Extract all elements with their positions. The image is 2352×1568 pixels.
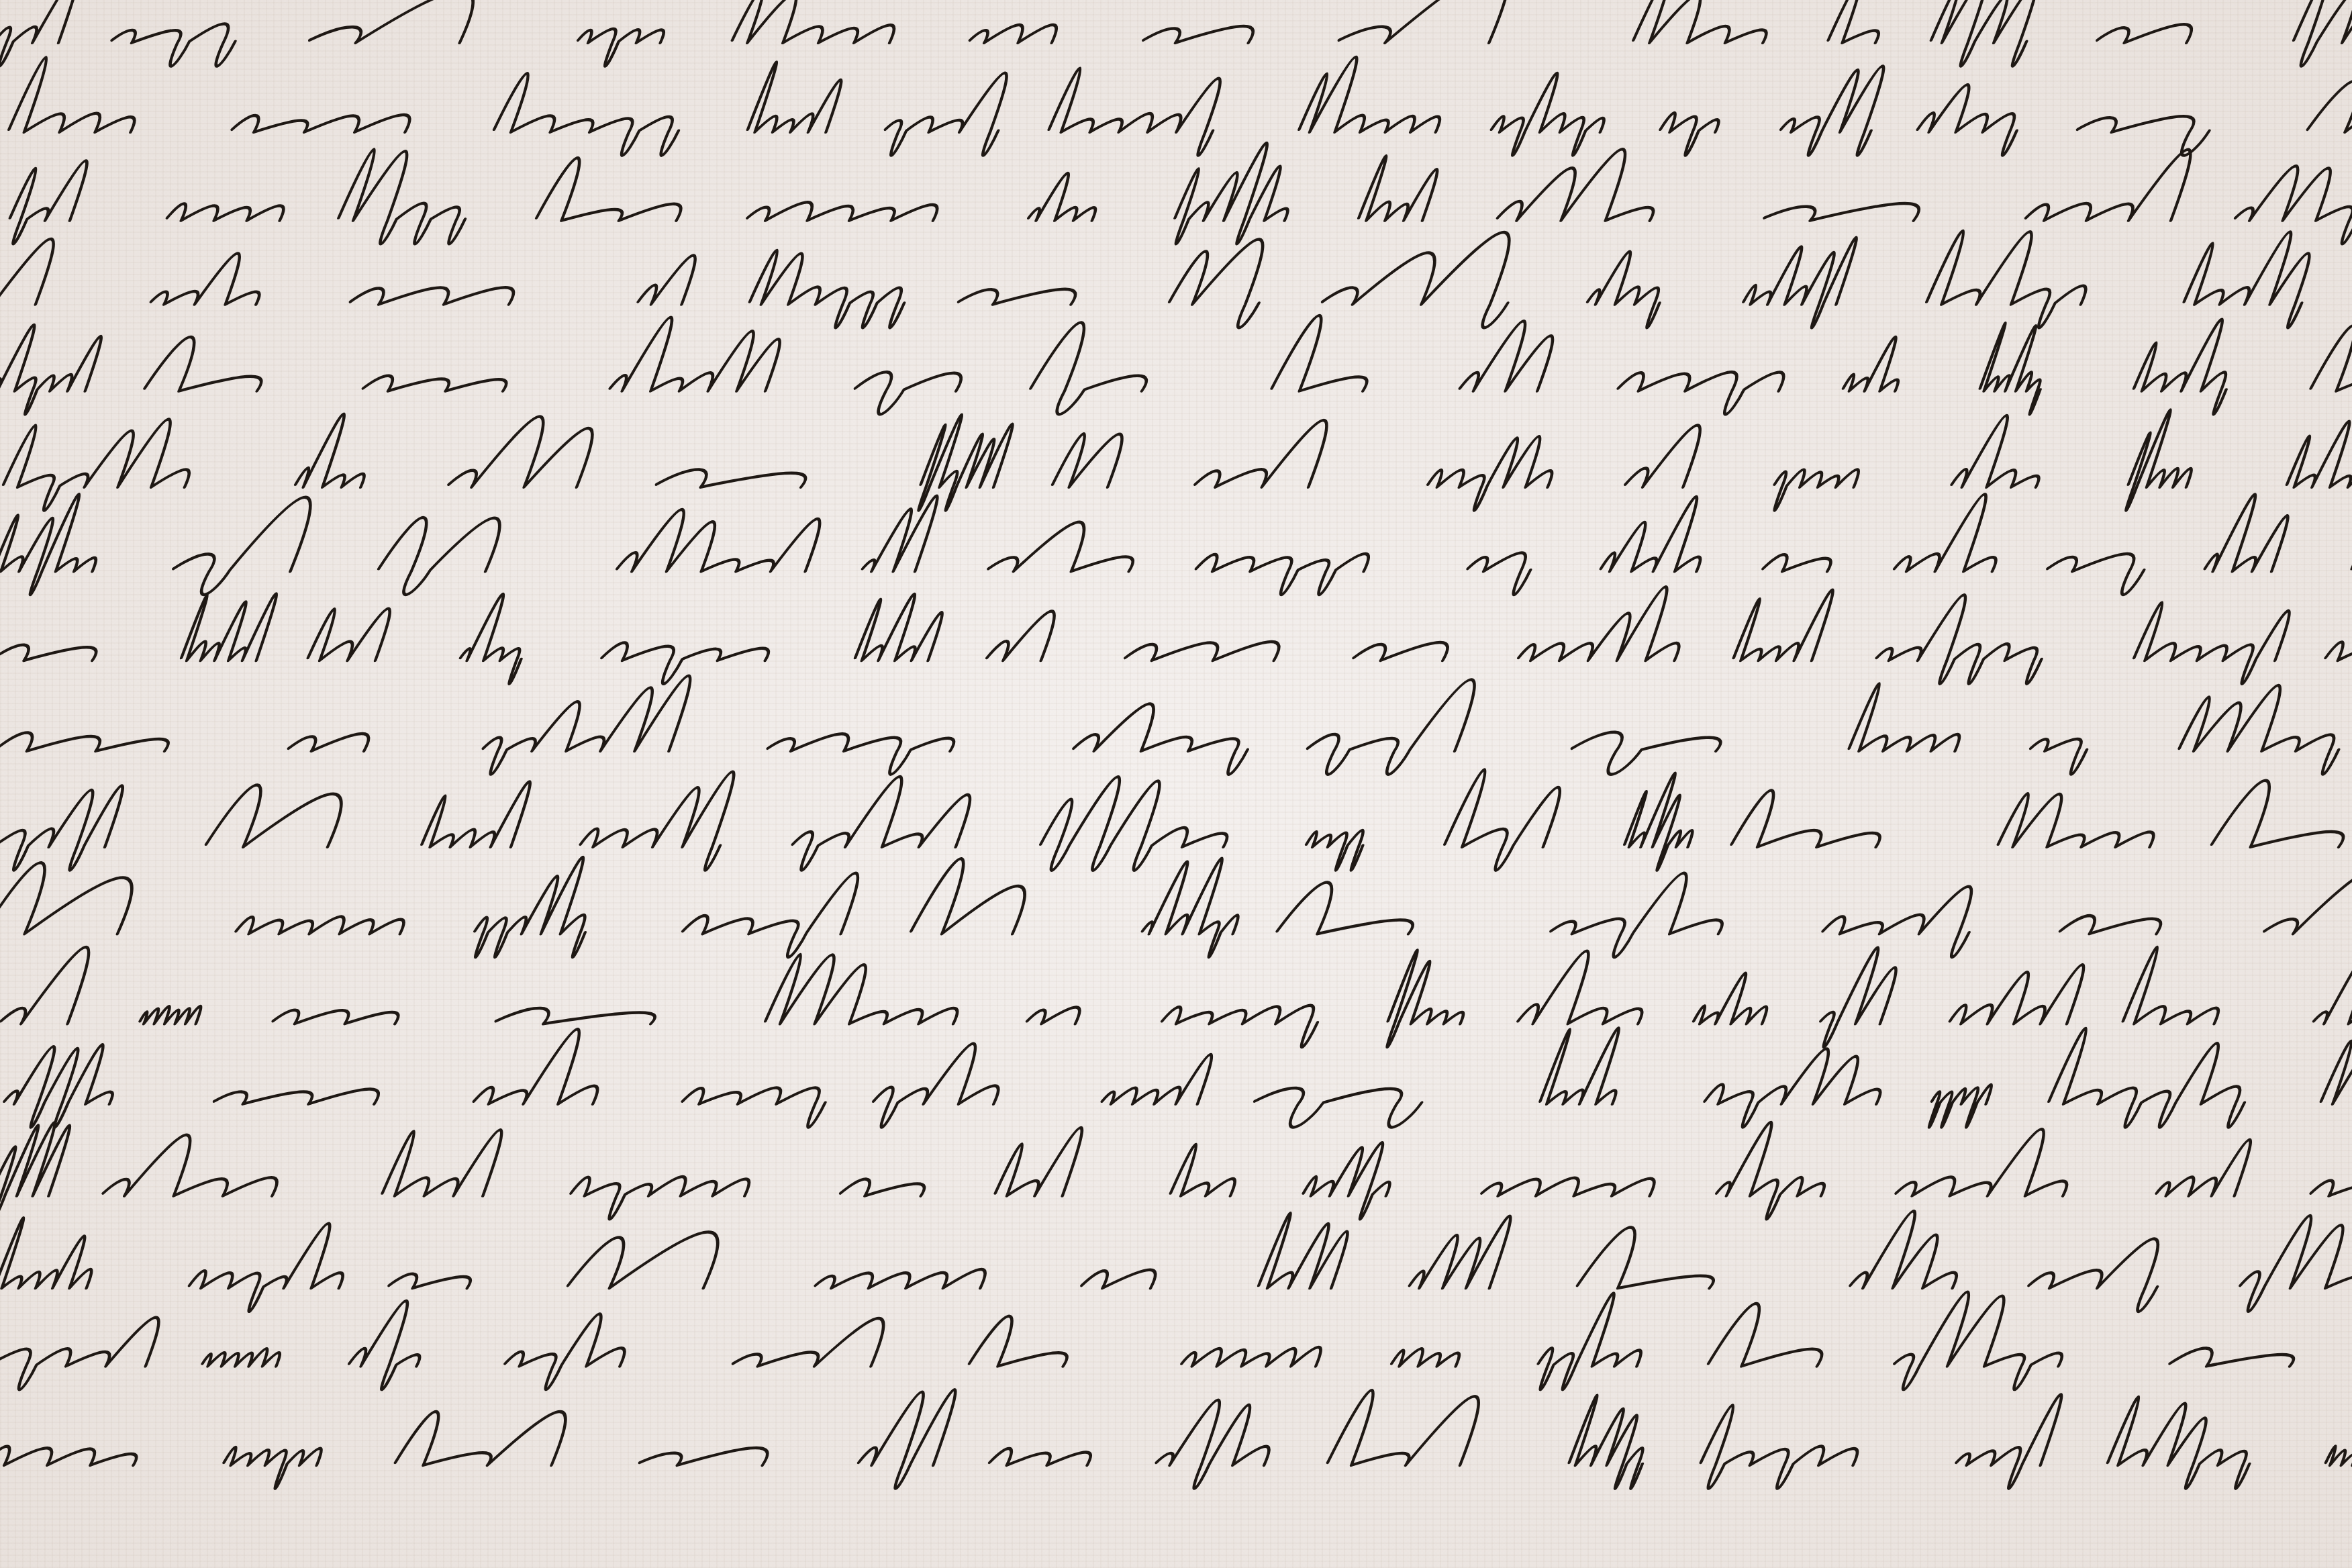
handwritten-word — [213, 1089, 381, 1104]
handwritten-word — [877, 73, 1017, 156]
handwritten-word — [1358, 156, 1444, 220]
handwritten-word — [1026, 1007, 1081, 1024]
handwritten-word — [1101, 1055, 1214, 1104]
handwritten-word — [1561, 1395, 1665, 1489]
handwritten-word — [2169, 1348, 2297, 1366]
handwritten-word — [2307, 77, 2352, 132]
handwritten-word — [231, 115, 411, 132]
handwritten-word — [2020, 1239, 2173, 1312]
handwritten-word — [215, 1447, 323, 1489]
handwritten-word — [1542, 873, 1739, 957]
handwritten-word — [1951, 415, 2059, 487]
handwritten-word — [850, 1389, 959, 1488]
handwritten-word — [486, 73, 697, 155]
handwritten-word — [1483, 73, 1620, 155]
handwritten-word — [865, 1044, 1014, 1128]
handwritten-word — [616, 509, 826, 571]
handwritten-word — [1924, 1085, 1993, 1127]
handwritten-word — [572, 772, 744, 871]
handwritten-word — [639, 1448, 770, 1465]
handwritten-word — [995, 1128, 1085, 1196]
handwritten-word — [656, 469, 809, 487]
handwritten-word — [910, 859, 1038, 934]
handwritten-word — [1, 161, 89, 244]
handwritten-word — [846, 372, 963, 414]
handwritten-word — [2286, 0, 2352, 66]
handwritten-word — [765, 954, 977, 1024]
handwritten-word — [1148, 1400, 1286, 1489]
handwritten-word — [1763, 203, 1921, 221]
handwritten-word — [1353, 642, 1450, 660]
handwritten-word — [103, 23, 241, 66]
handwritten-word — [1766, 470, 1860, 511]
handwritten-word — [1693, 973, 1779, 1024]
handwritten-word — [1762, 554, 1834, 571]
handwritten-word — [2312, 1036, 2352, 1127]
handwritten-word — [1436, 770, 1569, 871]
handwritten-word — [989, 1449, 1093, 1465]
handwritten-word — [381, 1130, 505, 1195]
handwritten-word — [165, 497, 316, 595]
handwritten-word — [350, 287, 516, 304]
handwritten-word — [307, 609, 393, 660]
handwritten-word — [1812, 948, 1906, 1047]
handwritten-word — [675, 873, 862, 957]
handwritten-word — [1895, 1129, 2085, 1195]
handwritten-word — [341, 1301, 438, 1389]
handwritten-word — [139, 1006, 201, 1024]
handwritten-word — [2069, 116, 2214, 155]
handwritten-word — [759, 734, 957, 774]
handwritten-word — [2204, 495, 2297, 572]
handwritten-word — [1300, 679, 1479, 774]
handwritten-word — [1052, 434, 1126, 487]
handwritten-word — [2171, 685, 2352, 775]
cursive-handwriting — [0, 0, 2352, 1568]
handwritten-word — [2122, 947, 2240, 1024]
handwritten-word — [181, 1224, 360, 1312]
handwritten-word — [2096, 24, 2194, 43]
handwritten-word — [0, 325, 107, 414]
handwritten-word — [1295, 1142, 1404, 1219]
handwritten-word — [1327, 1390, 1485, 1465]
handwritten-word — [1298, 830, 1368, 871]
handwritten-word — [1391, 1349, 1462, 1366]
handwritten-word — [1948, 1394, 2064, 1488]
handwritten-word — [235, 916, 406, 934]
handwritten-word — [637, 255, 698, 304]
handwritten-word — [1563, 732, 1724, 775]
handwritten-word — [0, 732, 172, 750]
handwritten-word — [0, 645, 99, 660]
handwritten-word — [0, 494, 118, 595]
handwritten-word — [1971, 323, 2061, 414]
handwritten-word — [0, 420, 207, 511]
handwritten-word — [452, 594, 542, 684]
handwritten-word — [732, 0, 908, 43]
handwritten-word — [1161, 239, 1280, 328]
handwritten-word — [1194, 420, 1331, 487]
handwritten-word — [1949, 965, 2087, 1024]
handwritten-word — [536, 158, 698, 220]
handwritten-word — [1579, 252, 1677, 328]
handwritten-word — [1773, 66, 1892, 155]
handwritten-word — [0, 863, 142, 934]
handwritten-word — [2022, 739, 2090, 775]
handwritten-word — [2313, 948, 2352, 1024]
handwritten-word — [609, 317, 790, 391]
handwritten-word — [1022, 322, 1166, 414]
handwritten-word — [1616, 773, 1712, 871]
handwritten-word — [2310, 326, 2352, 391]
handwritten-word — [732, 1318, 888, 1366]
handwritten-word — [1379, 950, 1484, 1047]
handwritten-word — [205, 785, 350, 846]
handwritten-word — [1577, 1227, 1731, 1288]
handwritten-word — [1420, 436, 1565, 510]
handwritten-word — [1188, 554, 1371, 595]
handwritten-word — [395, 1412, 571, 1465]
handwritten-word — [674, 1087, 830, 1127]
handwritten-word — [2041, 1028, 2269, 1127]
handwritten-word — [1530, 1293, 1661, 1389]
handwritten-word — [102, 1135, 293, 1196]
handwritten-word — [2317, 642, 2352, 683]
handwritten-word — [330, 149, 488, 244]
handwritten-word — [746, 202, 940, 220]
handwritten-word — [2325, 1447, 2352, 1465]
handwritten-word — [1040, 68, 1233, 156]
handwritten-word — [593, 642, 772, 683]
handwritten-word — [1459, 321, 1561, 391]
handwritten-word — [1032, 777, 1247, 870]
handwritten-word — [862, 496, 940, 572]
handwritten-word — [567, 1232, 724, 1288]
handwritten-word — [295, 414, 385, 487]
handwritten-word — [969, 25, 1059, 43]
handwritten-word — [1849, 683, 1977, 750]
handwritten-word — [1849, 1211, 1978, 1288]
handwritten-word — [2263, 872, 2352, 934]
handwritten-word — [987, 522, 1146, 571]
handwritten-word — [0, 947, 93, 1024]
handwritten-word — [1814, 887, 1984, 957]
handwritten-word — [467, 857, 609, 957]
handwritten-word — [1735, 238, 1859, 328]
handwritten-word — [1298, 57, 1461, 132]
handwritten-word — [1918, 231, 2106, 328]
handwritten-word — [2100, 1397, 2271, 1489]
handwritten-word — [1124, 642, 1281, 660]
handwritten-word — [421, 781, 532, 846]
handwritten-word — [1886, 1292, 2084, 1389]
handwritten-word — [1909, 85, 2031, 155]
handwritten-word — [388, 1274, 473, 1288]
handwritten-word — [1142, 26, 1255, 43]
handwritten-word — [288, 734, 371, 751]
handwritten-word — [1539, 1028, 1637, 1104]
handwritten-word — [1998, 793, 2168, 846]
handwritten-word — [1708, 1122, 1846, 1219]
handwritten-word — [854, 594, 950, 660]
handwritten-word — [2126, 320, 2249, 415]
handwritten-word — [2211, 781, 2352, 847]
handwritten-word — [0, 1318, 162, 1389]
handwritten-word — [201, 1349, 282, 1366]
handwritten-word — [1170, 1144, 1248, 1196]
handwritten-word — [2310, 1138, 2352, 1195]
handwritten-word — [1314, 232, 1531, 328]
handwritten-word — [371, 518, 505, 595]
handwritten-word — [2120, 410, 2212, 511]
handwritten-word — [166, 203, 286, 220]
handwritten-word — [0, 1218, 109, 1288]
handwritten-word — [497, 1314, 638, 1390]
handwritten-word — [1258, 1213, 1356, 1288]
handwritten-word — [1696, 1049, 1895, 1128]
handwritten-word — [475, 676, 694, 775]
handwritten-word — [2286, 422, 2352, 487]
handwritten-word — [1134, 859, 1257, 957]
handwritten-word — [1459, 552, 1536, 594]
handwritten-word — [309, 0, 479, 43]
handwritten-word — [840, 1179, 928, 1196]
handwritten-word — [1271, 315, 1388, 391]
handwritten-word — [1632, 0, 1787, 43]
handwritten-word — [1868, 595, 2062, 683]
handwritten-word — [958, 289, 1077, 305]
handwritten-word — [1733, 590, 1835, 660]
handwritten-word — [784, 777, 979, 870]
handwritten-word — [1827, 0, 1896, 43]
handwritten-word — [1338, 0, 1516, 43]
handwritten-word — [1409, 1216, 1514, 1288]
handwritten-word — [562, 1177, 752, 1219]
handwritten-word — [1600, 497, 1722, 571]
handwritten-word — [2232, 1216, 2352, 1312]
handwritten-word — [1624, 426, 1704, 487]
handwritten-word — [0, 239, 58, 305]
handwritten-word — [181, 593, 279, 660]
handwritten-word — [741, 250, 921, 328]
handwritten-word — [1081, 1270, 1157, 1288]
handwritten-word — [2039, 554, 2149, 595]
handwritten-word — [2059, 916, 2164, 934]
handwritten-word — [1497, 149, 1674, 220]
handwritten-word — [1518, 587, 1699, 660]
handwritten-word — [1181, 1347, 1322, 1366]
handwritten-word — [1610, 372, 1785, 414]
handwritten-word — [1692, 1405, 1873, 1488]
handwritten-word — [495, 1008, 658, 1024]
handwritten-word — [1843, 337, 1913, 391]
handwritten-word — [150, 253, 273, 304]
handwritten-word — [448, 416, 601, 487]
handwritten-word — [1154, 1006, 1323, 1047]
handwritten-word — [1167, 143, 1310, 244]
handwritten-word — [1276, 883, 1426, 934]
handwritten-word — [815, 1269, 987, 1288]
handwritten-word — [747, 62, 849, 132]
handwritten-word — [1517, 951, 1663, 1024]
handwritten-word — [0, 1122, 72, 1219]
handwritten-word — [2175, 232, 2324, 328]
handwritten-word — [473, 1029, 618, 1104]
handwritten-word — [0, 0, 82, 66]
handwritten-word — [912, 415, 1017, 511]
handwritten-word — [986, 611, 1058, 660]
handwritten-word — [2126, 603, 2294, 684]
handwritten-word — [8, 57, 156, 132]
handwritten-word — [0, 1447, 140, 1465]
handwritten-word — [1708, 1304, 1839, 1366]
handwritten-word — [362, 376, 509, 391]
handwritten-word — [1652, 113, 1722, 155]
handwritten-word — [0, 1044, 129, 1127]
handwritten-word — [1922, 0, 2049, 66]
handwritten-word — [144, 337, 276, 391]
handwritten-word — [969, 1316, 1081, 1367]
handwritten-word — [2025, 150, 2195, 221]
handwritten-word — [1065, 703, 1263, 774]
handwritten-word — [1730, 791, 1896, 847]
handwritten-word — [2156, 1140, 2253, 1196]
handwritten-word — [1246, 1088, 1426, 1127]
handwritten-word — [1894, 494, 2018, 571]
handwritten-word — [1481, 1178, 1656, 1196]
handwritten-word — [0, 786, 126, 871]
handwritten-word — [570, 29, 665, 66]
handwritten-word — [1028, 173, 1108, 221]
handwritten-word — [273, 1010, 401, 1024]
